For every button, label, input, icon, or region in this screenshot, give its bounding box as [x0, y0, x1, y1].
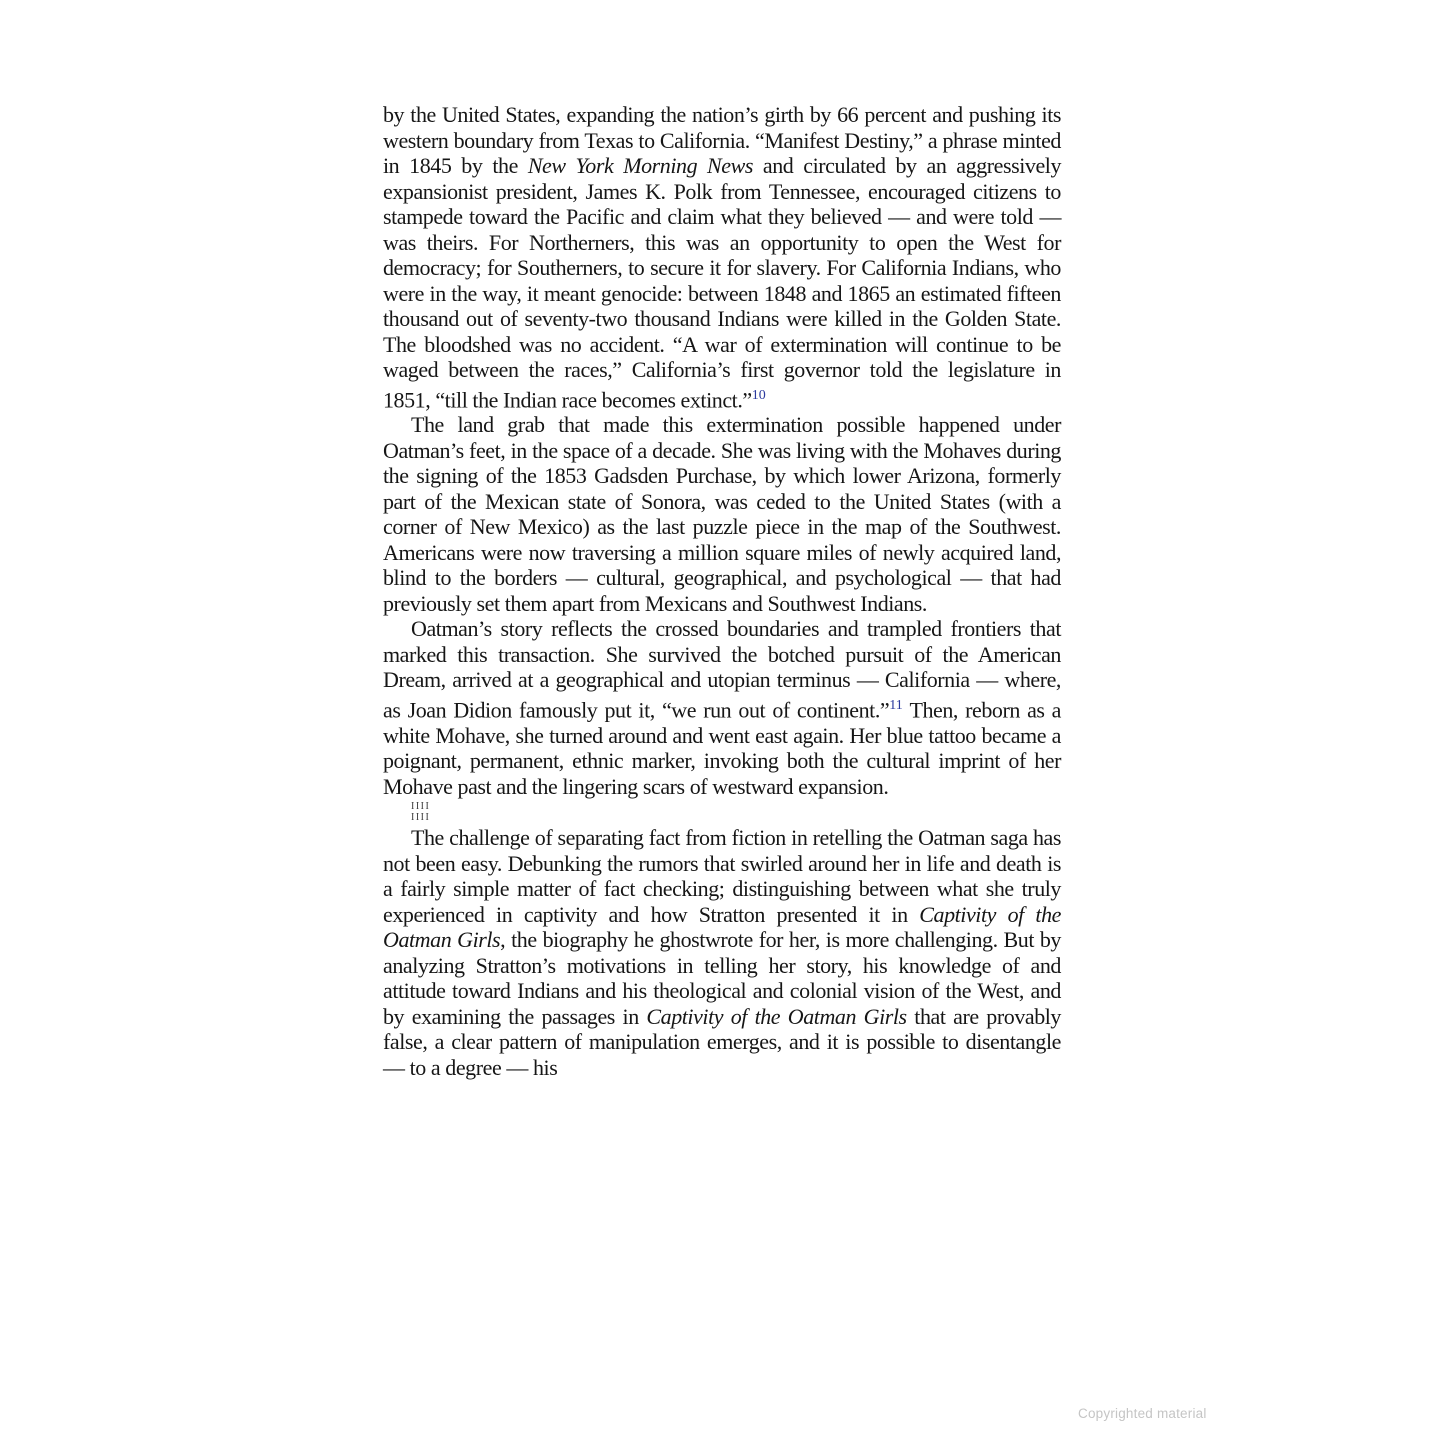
italic-book-title: Captivity of the Oatman Girls	[646, 1004, 906, 1029]
divider-marks-row: IIII	[411, 801, 1061, 812]
text-run: and circulated by an aggressively expans…	[383, 153, 1061, 412]
footnote-ref-11[interactable]: 11	[889, 698, 902, 713]
book-page: by the United States, expanding the nati…	[0, 0, 1445, 1445]
italic-newspaper-title: New York Morning News	[528, 153, 753, 178]
text-run: The land grab that made this exterminati…	[383, 412, 1061, 616]
divider-marks-row: IIII	[411, 812, 1061, 823]
paragraph-continuation: by the United States, expanding the nati…	[383, 102, 1061, 412]
section-divider: IIII IIII	[411, 801, 1061, 823]
paragraph-oatman-story: Oatman’s story reflects the crossed boun…	[383, 616, 1061, 799]
page-text-column: by the United States, expanding the nati…	[383, 102, 1061, 1080]
footnote-ref-10[interactable]: 10	[752, 388, 766, 403]
copyright-watermark: Copyrighted material	[1078, 1406, 1207, 1421]
paragraph-land-grab: The land grab that made this exterminati…	[383, 412, 1061, 616]
paragraph-challenge: The challenge of separating fact from fi…	[383, 825, 1061, 1080]
